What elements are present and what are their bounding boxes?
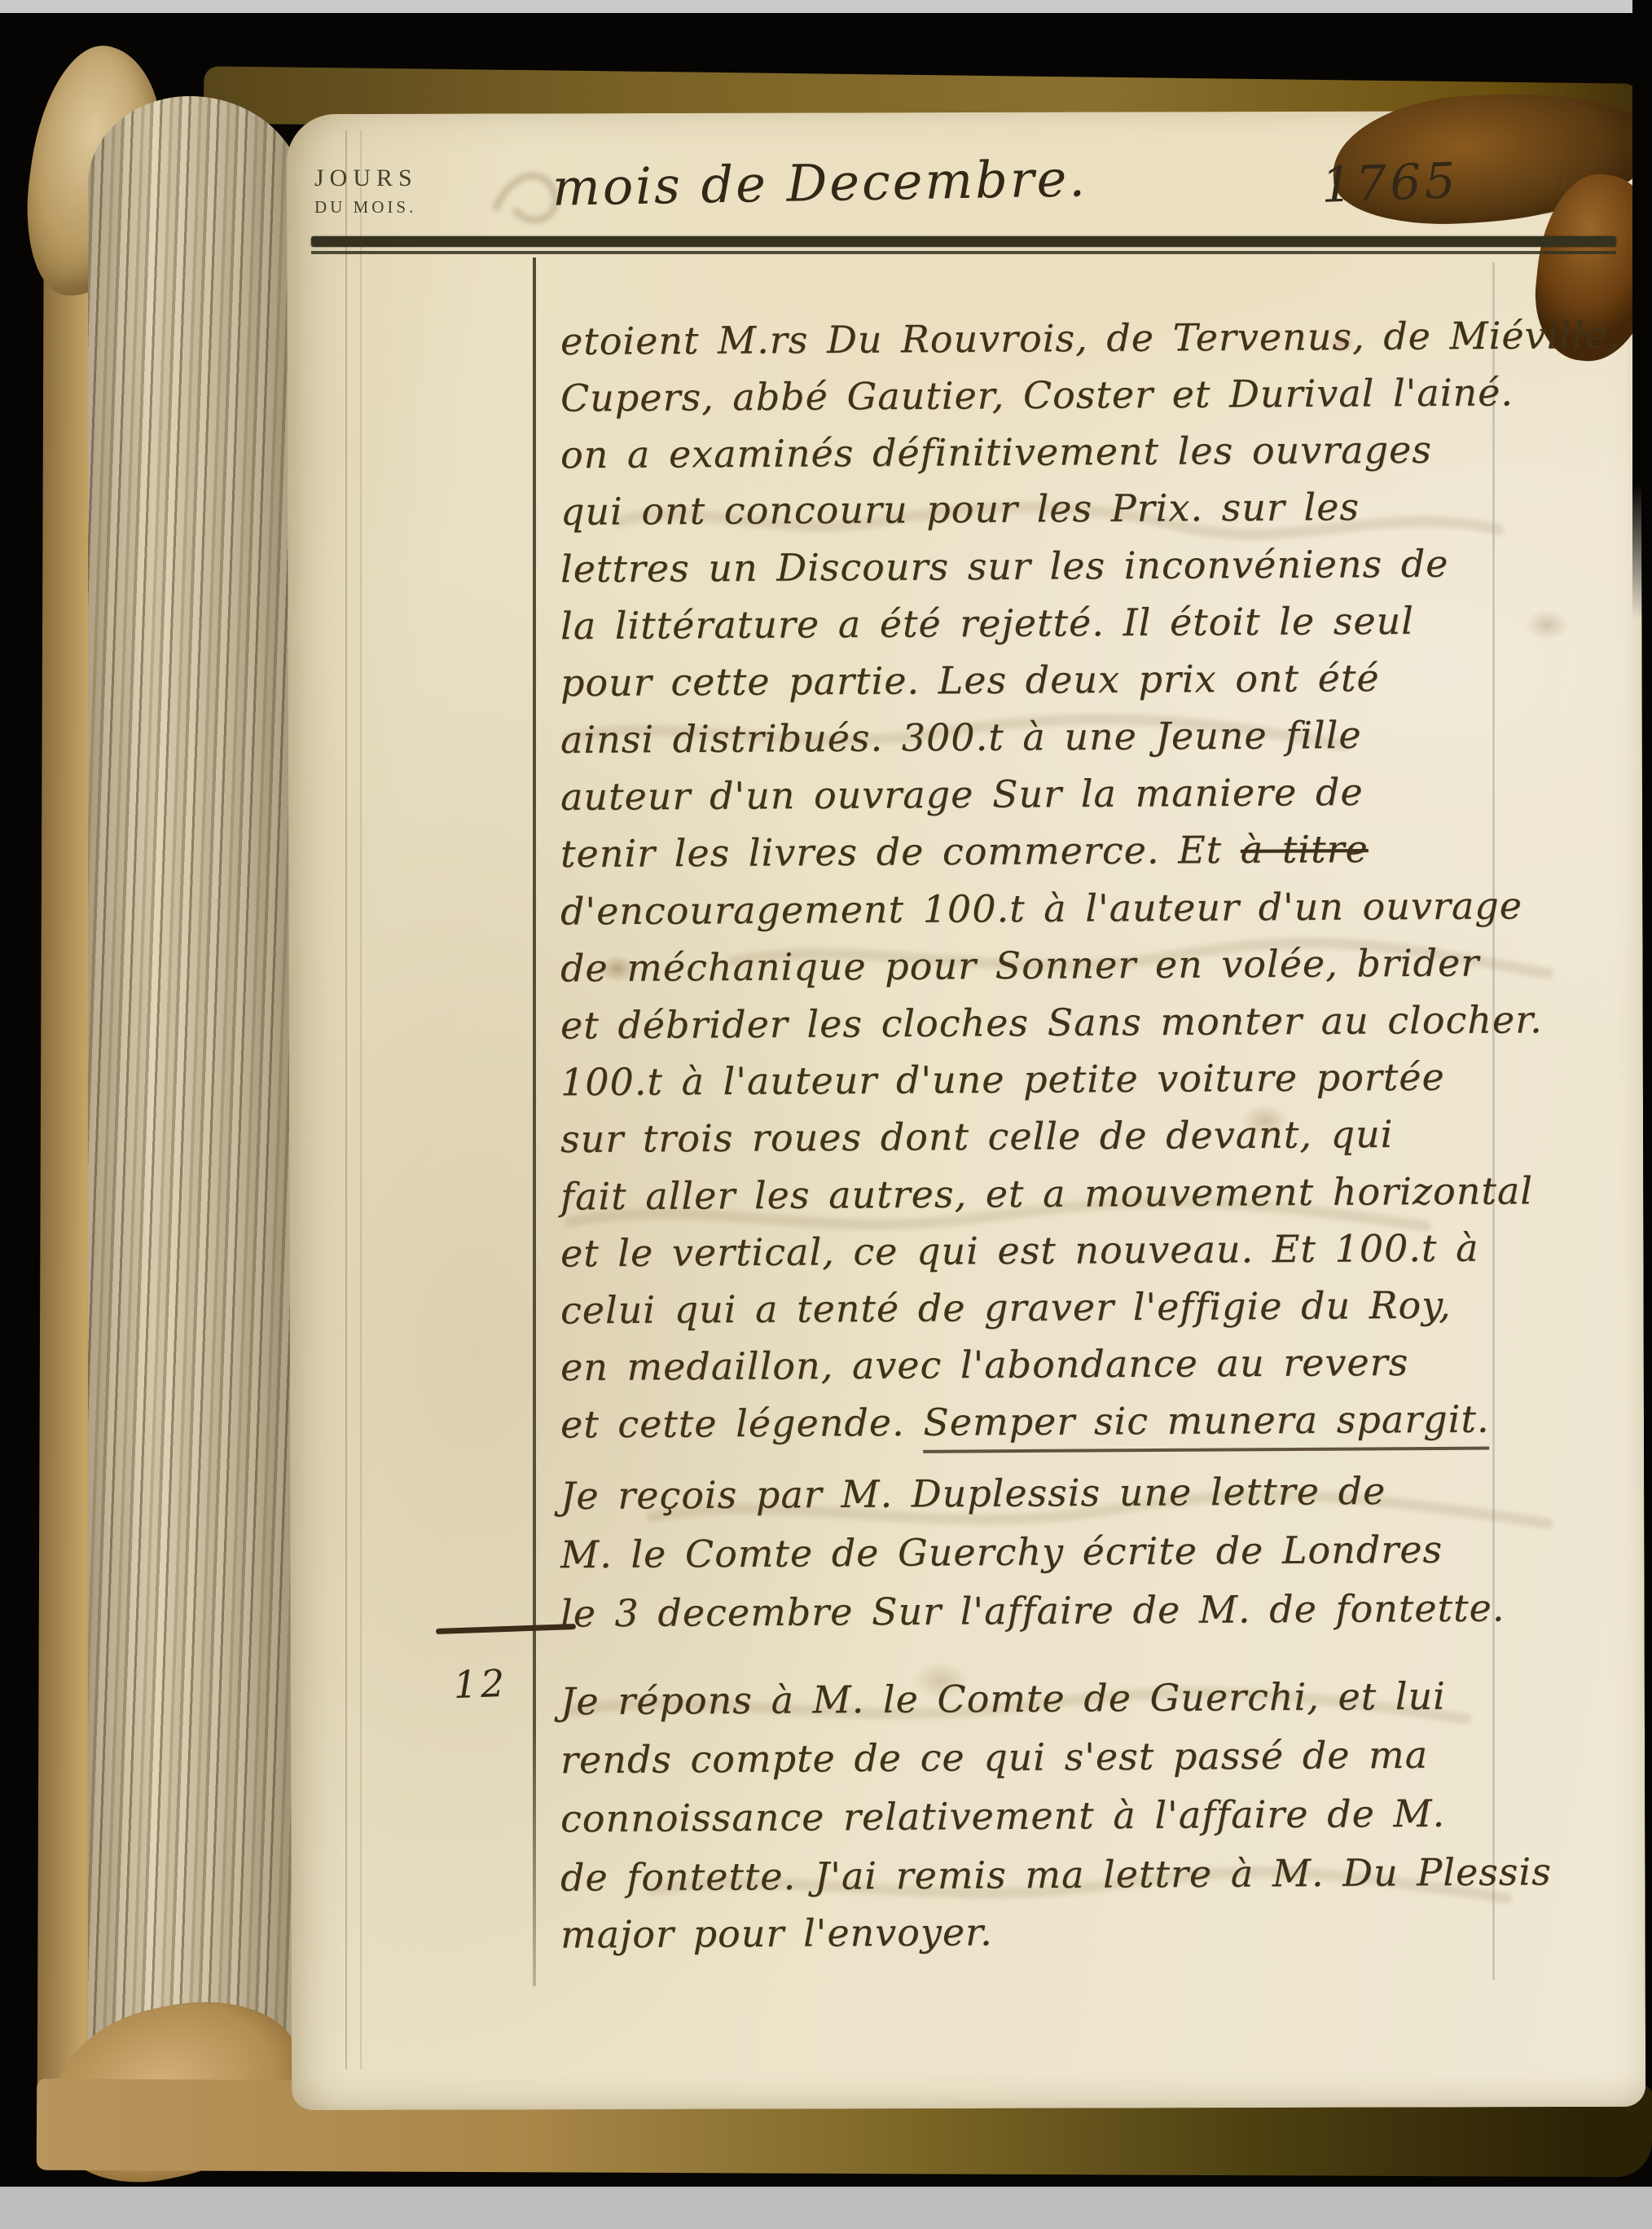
printed-header-line2: DU MOIS. (314, 197, 418, 218)
latin-legend-underlined: Semper sic munera spargit. (923, 1397, 1490, 1453)
manuscript-line: celui qui a tenté de graver l'effigie du… (560, 1286, 1452, 1330)
rule-thick (311, 236, 1616, 247)
manuscript-line: tenir les livres de commerce. Et à titre (560, 830, 1369, 873)
manuscript-line: sur trois roues dont celle de devant, qu… (560, 1115, 1394, 1158)
manuscript-line: rends compte de ce qui s'est passé de ma (560, 1736, 1428, 1779)
manuscript-line: Je reçois par M. Duplessis une lettre de (560, 1472, 1386, 1515)
bleedthrough-printed-header: JOURS DU MOIS. (1476, 169, 1571, 220)
manuscript-line: ainsi distribués. 300.t à une Jeune fill… (560, 716, 1362, 758)
manuscript-line: Cupers, abbé Gautier, Coster et Durival … (560, 373, 1514, 416)
manuscript-line: lettres un Discours sur les inconvéniens… (560, 545, 1449, 588)
manuscript-line: auteur d'un ouvrage Sur la maniere de (560, 773, 1364, 816)
manuscript-scan: JOURS DU MOIS. JOURS DU MOIS. mois de De… (0, 0, 1652, 2229)
manuscript-line: et le vertical, ce qui est nouveau. Et 1… (560, 1229, 1479, 1273)
manuscript-line: de fontette. J'ai remis ma lettre à M. D… (560, 1853, 1552, 1896)
manuscript-line: 100.t à l'auteur d'une petite voiture po… (560, 1058, 1445, 1101)
manuscript-line: et débrider les cloches Sans monter au c… (560, 1000, 1543, 1044)
manuscript-line: connoissance relativement à l'affaire de… (560, 1795, 1445, 1838)
manuscript-line: M. le Comte de Guerchy écrite de Londres (560, 1531, 1443, 1574)
written-title-year: 1765 (1320, 152, 1460, 214)
margin-day-number: 12 (439, 1660, 522, 1707)
manuscript-line: major pour l'envoyer. (560, 1913, 993, 1953)
printed-header: JOURS DU MOIS. (314, 165, 418, 218)
manuscript-line: on a examinés définitivement les ouvrage… (560, 431, 1432, 474)
printed-header-line1: JOURS (314, 165, 418, 192)
right-margin-rule (1492, 262, 1495, 1980)
manuscript-line: qui ont concouru pour les Prix. sur les (560, 488, 1360, 530)
bleedthrough-header-line2: DU MOIS. (1476, 202, 1571, 220)
line-text: et cette légende. (560, 1400, 924, 1447)
line-text: tenir les livres de commerce. Et (560, 828, 1241, 876)
struck-text: à titre (1241, 827, 1369, 872)
manuscript-line: fait aller les autres, et a mouvement ho… (560, 1172, 1533, 1215)
manuscript-line: et cette légende. Semper sic munera spar… (560, 1400, 1490, 1444)
manuscript-line: de méchanique pour Sonner en volée, brid… (560, 944, 1479, 987)
manuscript-line: Je répons à M. le Comte de Guerchi, et l… (560, 1677, 1446, 1721)
bleedthrough-header-line1: JOURS (1476, 169, 1571, 196)
manuscript-line: d'encouragement 100.t à l'auteur d'un ou… (560, 886, 1522, 930)
header-double-rule (311, 236, 1616, 254)
manuscript-line: en medaillon, avec l'abondance au revers (560, 1343, 1409, 1386)
manuscript-line: pour cette partie. Les deux prix ont été (560, 659, 1380, 701)
manuscript-line: le 3 decembre Sur l'affaire de M. de fon… (560, 1589, 1505, 1632)
written-title-month: mois de Decembre. (551, 148, 1087, 217)
rule-thin (311, 251, 1616, 254)
manuscript-line: etoient M.rs Du Rouvrois, de Tervenus, d… (560, 316, 1621, 360)
manuscript-line: la littérature a été rejetté. Il étoit l… (560, 602, 1414, 644)
margin-column-rule (533, 257, 536, 1986)
